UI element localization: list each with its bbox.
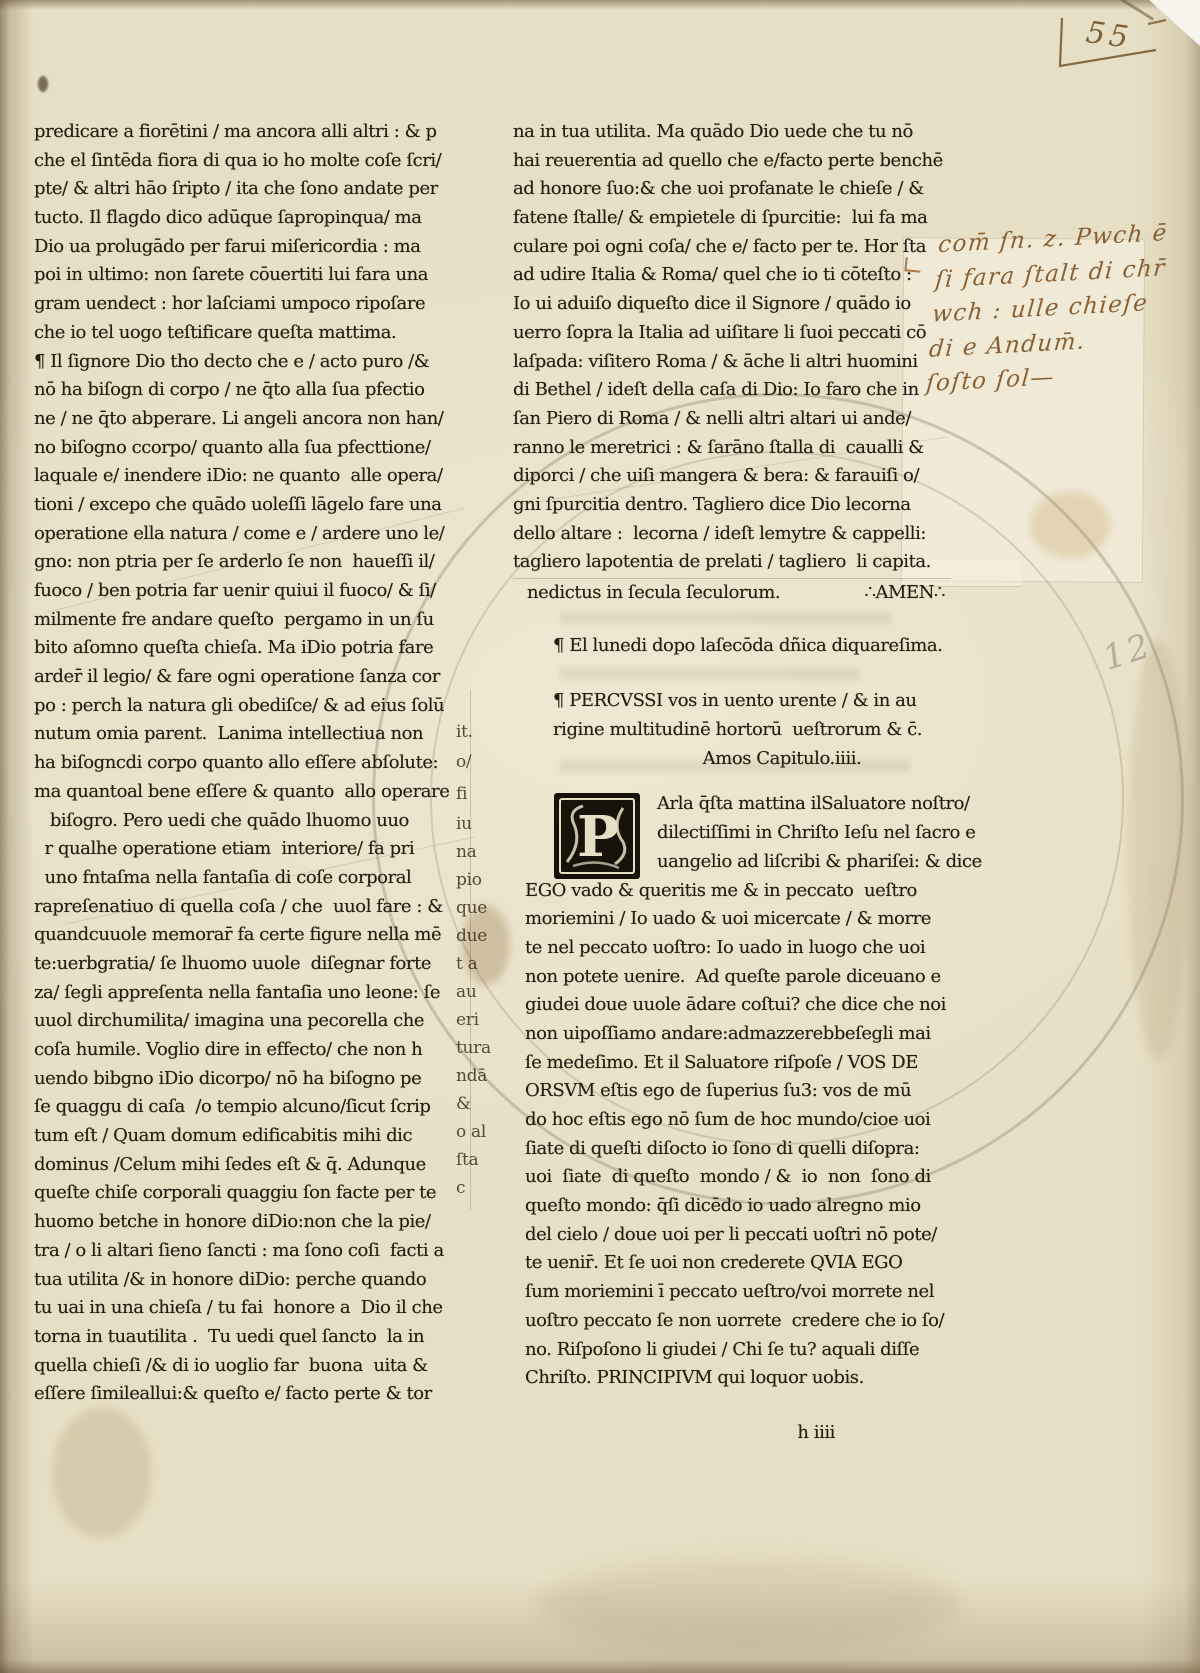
text-line: quella chieſi /& di io uoglio far buona … bbox=[34, 1352, 464, 1381]
left-text-column: predicare a fiorētini / ma ancora alli a… bbox=[34, 118, 464, 1409]
text-line: fatene ſtalle/ & empietele di ſpurcitie:… bbox=[513, 204, 951, 233]
drop-cap-letter: P bbox=[577, 804, 619, 870]
decorated-initial-P: P bbox=[553, 792, 641, 880]
text-line: giudei doue uuole ādare coſtui? che dice… bbox=[525, 991, 951, 1020]
gutter-text-fragment: it. bbox=[456, 722, 473, 742]
scanned-book-page: 55 12 predicare a fiorētini / ma ancora … bbox=[0, 0, 1200, 1673]
text-line: uuol dirchumilita/ imagina una pecorella… bbox=[34, 1007, 464, 1036]
text-line: dello altare : lecorna / ideſt lemytre &… bbox=[513, 520, 951, 549]
text-line: uerro ſopra la Italia ad uiſitare li ſuo… bbox=[513, 319, 951, 348]
right-column-top-block: na in tua utilita. Ma quādo Dio uede che… bbox=[513, 118, 951, 577]
text-line: ſum moriemini ī peccato ueſtro/voi morre… bbox=[525, 1278, 951, 1307]
folio-number: 55 bbox=[1084, 15, 1135, 56]
pencil-folio-number: 12 bbox=[1098, 625, 1157, 678]
text-line: ranno le meretrici : & ſarāno ſtalla di … bbox=[513, 434, 951, 463]
text-line: uendo bibgno iDio dicorpo/ nō ha biſogno… bbox=[34, 1065, 464, 1094]
text-line: moriemini / Io uado & uoi micercate / & … bbox=[525, 905, 951, 934]
text-line: fuoco / ben potria far uenir quiui il fu… bbox=[34, 577, 464, 606]
text-line: ad honore ſuo:& che uoi profanate le chi… bbox=[513, 175, 951, 204]
gutter-fragment-strip: it.o/fiiunapioqueduet aaueriturandā&o al… bbox=[452, 0, 510, 1673]
bottom-shadow bbox=[540, 1560, 960, 1650]
text-line: dominus /Celum mihi ſedes eſt & q̄. Adun… bbox=[34, 1151, 464, 1180]
paper-stain bbox=[52, 1408, 152, 1538]
text-line: Dio ua prolugādo per farui miſericordia … bbox=[34, 233, 464, 262]
text-line: ma quantoal bene eſſere & quanto allo op… bbox=[34, 778, 464, 807]
gutter-text-fragment: na bbox=[456, 842, 476, 862]
text-line: ha biſogncdi corpo quanto allo eſſere ab… bbox=[34, 749, 464, 778]
text-line: do hoc eſtis ego nō ſum de hoc mundo/cio… bbox=[525, 1106, 951, 1135]
text-line: uno fntaſma nella fantaſia di coſe corpo… bbox=[34, 864, 464, 893]
folio-number-area: 55 bbox=[1048, 10, 1168, 80]
gutter-text-fragment: c bbox=[456, 1178, 465, 1198]
text-line: gni ſpurcitia dentro. Tagliero dice Dio … bbox=[513, 491, 951, 520]
gutter-text-fragment: t a bbox=[456, 954, 477, 974]
text-line: po : perch la natura gli obediſce/ & ad … bbox=[34, 692, 464, 721]
sermon-incipit: ¶ PERCVSSI vos in uento urente / & in au… bbox=[513, 687, 951, 773]
text-line: nō ha biſogn di corpo / ne q̄to alla ſua… bbox=[34, 376, 464, 405]
text-line: che el ſintēda fiora di qua io ho molte … bbox=[34, 147, 464, 176]
text-line: coſa humile. Voglio dire in effecto/ che… bbox=[34, 1036, 464, 1065]
gutter-text-fragment: que bbox=[456, 898, 487, 918]
text-line: milmente fre andare queſto pergamo in un… bbox=[34, 606, 464, 635]
text-line: quandcuuole memorar̄ fa certe figure nel… bbox=[34, 921, 464, 950]
text-line: che io tel uogo teſtificare queſta matti… bbox=[34, 319, 464, 348]
text-line: te:uerbgratia/ ſe lhuomo uuole diſegnar … bbox=[34, 950, 464, 979]
text-line: ORSVM eſtis ego de ſuperius ſu3: vos de … bbox=[525, 1077, 951, 1106]
gutter-text-fragment: o/ bbox=[456, 752, 471, 772]
text-line: bito aſomno queſta chieſa. Ma iDio potri… bbox=[34, 634, 464, 663]
text-line: huomo betche in honore diDio:non che la … bbox=[34, 1208, 464, 1237]
text-line: tum eſt / Quam domum edificabitis mihi d… bbox=[34, 1122, 464, 1151]
text-line: tioni / excepo che quādo uoleſſi lāgelo … bbox=[34, 491, 464, 520]
text-line: te uenir̄. Et ſe uoi non crederete QVIA … bbox=[525, 1249, 951, 1278]
text-line: gram uendect : hor laſciami umpoco ripoſ… bbox=[34, 290, 464, 319]
text-line: laquale e/ inendere iDio: ne quanto alle… bbox=[34, 462, 464, 491]
gutter-text-fragment: au bbox=[456, 982, 476, 1002]
text-line: ſiate di queſti diſocto io ſono di quell… bbox=[525, 1135, 951, 1164]
gutter-text-fragment: eri bbox=[456, 1010, 479, 1030]
text-line: diporci / che uiſi mangera & bera: & far… bbox=[513, 462, 951, 491]
text-line: no biſogno ccorpo/ quanto alla ſua pfect… bbox=[34, 434, 464, 463]
text-line: ſe medeſimo. Et il Saluatore riſpoſe / V… bbox=[525, 1049, 951, 1078]
text-line: r qualhe operatione etiam interiore/ fa … bbox=[34, 835, 464, 864]
text-line: EGO vado & queritis me & in peccato ueſt… bbox=[525, 877, 951, 906]
text-line: uoi ſiate di queſto mondo / & io non ſon… bbox=[525, 1163, 951, 1192]
text-line: za/ ſegli appreſenta nella fantaſia uno … bbox=[34, 979, 464, 1008]
text-line: laſpada: viſitero Roma / & āche li altri… bbox=[513, 348, 951, 377]
text-line: ne / ne q̄to abperare. Li angeli ancora … bbox=[34, 405, 464, 434]
amen-line-right: ∴AMEN∴ bbox=[864, 579, 945, 608]
gutter-text-fragment: ſta bbox=[456, 1150, 478, 1170]
text-line: non uipoſſiamo andare:admazzerebbeſegli … bbox=[525, 1020, 951, 1049]
text-line: tu uai in una chieſa / tu fai honore a D… bbox=[34, 1294, 464, 1323]
text-line: tra / o li altari ſieno ſancti : ma ſono… bbox=[34, 1237, 464, 1266]
text-line: tua utilita /& in honore diDio: perche q… bbox=[34, 1266, 464, 1295]
text-line: pte/ & altri hāo ſripto / ita che ſono a… bbox=[34, 175, 464, 204]
amen-line-left: nedictus in ſecula ſeculorum. bbox=[527, 579, 780, 608]
text-line: ad udire Italia & Roma/ quel che io ti c… bbox=[513, 261, 951, 290]
ink-smudge bbox=[38, 76, 48, 92]
text-line: tucto. Il flagdo dico adūque ſapropinqua… bbox=[34, 204, 464, 233]
text-line: del cielo / doue uoi per li peccati uoſt… bbox=[525, 1221, 951, 1250]
text-line: culare poi ogni coſa/ che e/ facto per t… bbox=[513, 233, 951, 262]
paper-stain bbox=[1128, 640, 1188, 1060]
amen-correction-slip-line: nedictus in ſecula ſeculorum. ∴AMEN∴ bbox=[513, 578, 951, 608]
text-line: ¶ Il ſignore Dio tho decto che e / acto … bbox=[34, 348, 464, 377]
text-line: torna in tuautilita . Tu uedi quel ſanct… bbox=[34, 1323, 464, 1352]
gutter-text-fragment: & bbox=[456, 1094, 471, 1114]
gutter-text-fragment: due bbox=[456, 926, 487, 946]
text-line: hai reuerentia ad quello che e/facto per… bbox=[513, 147, 951, 176]
sermon-body-paragraph: P Arla q̄ſta mattina ilSaluatore noſtro/… bbox=[513, 790, 951, 1447]
text-line: operatione ella natura / come e / ardere… bbox=[34, 520, 464, 549]
text-line: arder̄ il legio/ & fare ogni operatione … bbox=[34, 663, 464, 692]
text-line: di Bethel / ideſt della caſa di Dio: Io … bbox=[513, 376, 951, 405]
right-text-column: na in tua utilita. Ma quādo Dio uede che… bbox=[513, 118, 951, 1448]
gutter-text-fragment: iu bbox=[456, 814, 472, 834]
text-line: nutum omia parent. Lanima intellectiua n… bbox=[34, 720, 464, 749]
rubric-heading: ¶ El lunedi dopo laſecōda dñica diquareſ… bbox=[513, 632, 951, 661]
text-line: no. Riſpoſono li giudei / Chi ſe tu? aqu… bbox=[525, 1336, 951, 1365]
gutter-text-fragment: fi bbox=[456, 784, 467, 804]
text-line: tagliero lapotentia de prelati / taglier… bbox=[513, 548, 951, 577]
text-line: non potete uenire. Ad queſte parole dice… bbox=[525, 963, 951, 992]
text-line: Amos Capitulo.iiii. bbox=[553, 745, 951, 774]
text-line: gno: non ptria per ſe arderlo ſe non hau… bbox=[34, 548, 464, 577]
signature-mark: h iiii bbox=[525, 1419, 951, 1448]
gutter-text-fragment: o al bbox=[456, 1122, 486, 1142]
text-line: Chriſto. PRINCIPIVM qui loquor uobis. bbox=[525, 1364, 951, 1393]
text-line: na in tua utilita. Ma quādo Dio uede che… bbox=[513, 118, 951, 147]
text-line: te nel peccato uoſtro: Io uado in luogo … bbox=[525, 934, 951, 963]
gutter-text-fragment: ndā bbox=[456, 1066, 487, 1086]
gutter-text-fragment: pio bbox=[456, 870, 482, 890]
text-line: ¶ PERCVSSI vos in uento urente / & in au bbox=[553, 687, 951, 716]
text-line: eſſere ſimileallui:& queſto e/ facto per… bbox=[34, 1380, 464, 1409]
text-line: ſan Piero di Roma / & nelli altri altari… bbox=[513, 405, 951, 434]
text-line: predicare a fiorētini / ma ancora alli a… bbox=[34, 118, 464, 147]
text-line: Io ui aduiſo diqueſto dice il Signore / … bbox=[513, 290, 951, 319]
body-lines: EGO vado & queritis me & in peccato ueſt… bbox=[525, 877, 951, 1393]
text-line: rigine multitudinē hortorū ueſtrorum & c… bbox=[553, 716, 951, 745]
text-line: ſe quaggu di caſa /o tempio alcuno/ſicut… bbox=[34, 1093, 464, 1122]
text-line: rapreſenatiuo di quella coſa / che uuol … bbox=[34, 893, 464, 922]
text-line: poi in ultimo: non ſarete cōuertiti lui … bbox=[34, 261, 464, 290]
text-line: biſogro. Pero uedi che quādo lhuomo uuo bbox=[34, 807, 464, 836]
text-line: uoſtro peccato ſe non uorrete credere ch… bbox=[525, 1307, 951, 1336]
gutter-text-fragment: tura bbox=[456, 1038, 491, 1058]
text-line: queſto mondo: q̄ſi dicēdo io uado alregn… bbox=[525, 1192, 951, 1221]
handwritten-marginalia: com̄ ſn. z. Pwch ēſi fara ſtalt di chr̄w… bbox=[925, 215, 1190, 402]
text-line: queſte chiſe corporali quaggiu ſon facte… bbox=[34, 1179, 464, 1208]
